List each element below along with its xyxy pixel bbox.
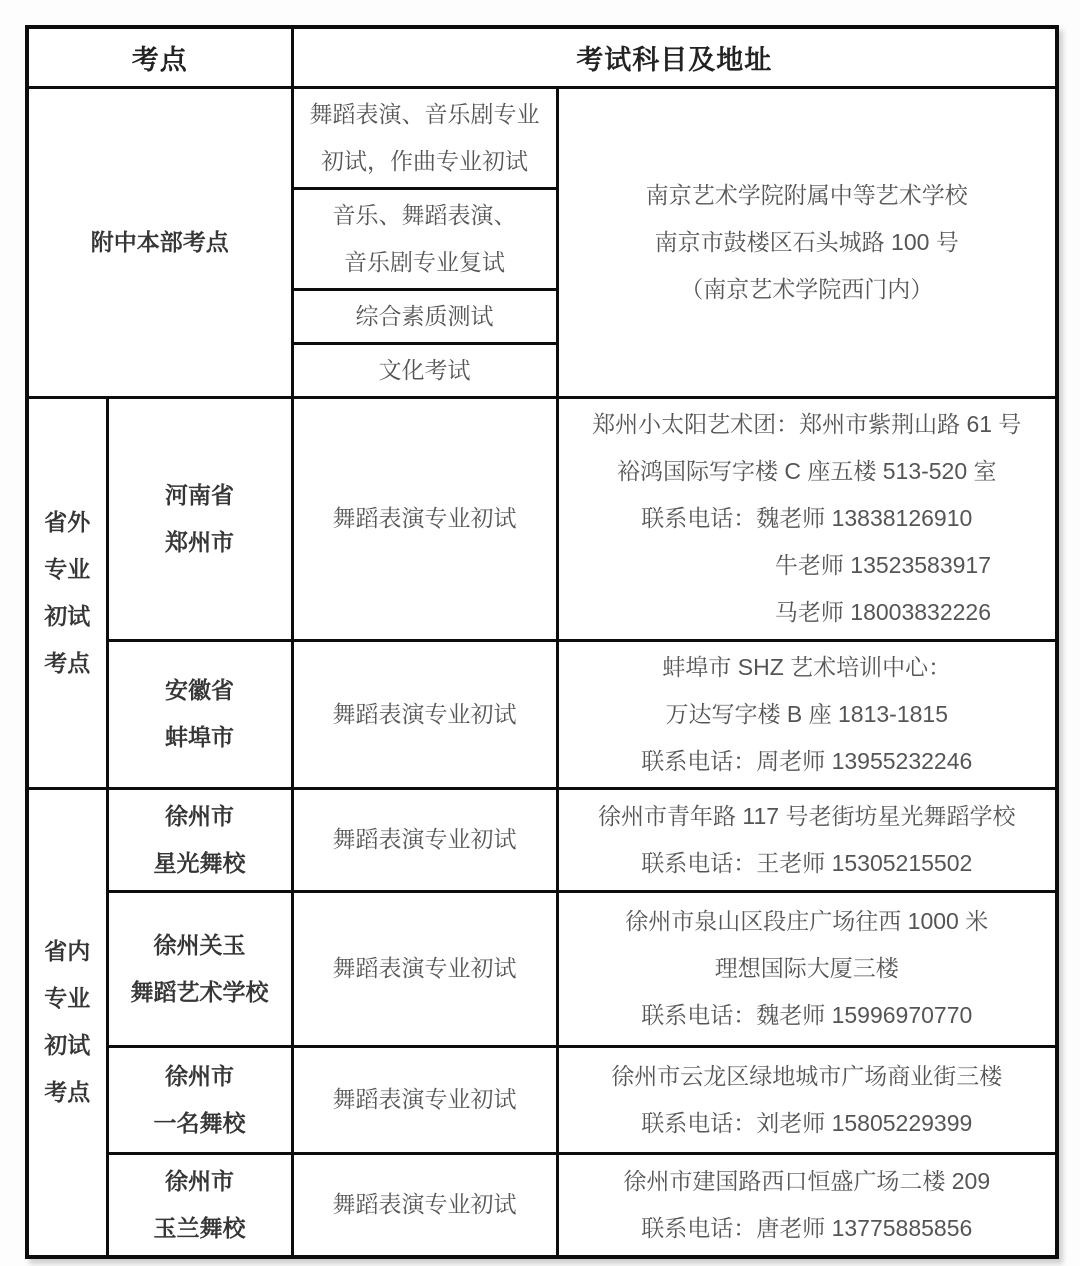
guanyu-address-cell: 徐州市泉山区段庄广场往西 1000 米 理想国际大厦三楼 联系电话：魏老师 15… (557, 891, 1057, 1046)
address-line: 徐州市云龙区绿地城市广场商业街三楼 (565, 1053, 1050, 1100)
xingguang-venue-cell: 徐州市 星光舞校 (107, 788, 292, 891)
subject-line: 舞蹈表演、音乐剧专业 (300, 91, 550, 138)
table-row: 省外 专业 初试 考点 河南省 郑州市 舞蹈表演专业初试 郑州小太阳艺术团：郑州… (27, 397, 1057, 640)
venue-line: 徐州市 (115, 1158, 285, 1205)
header-subject-address: 考试科目及地址 (292, 27, 1057, 87)
hq-subject-cell-3: 综合素质测试 (292, 289, 557, 343)
group-label-line: 省外 (35, 499, 100, 546)
address-line: 理想国际大厦三楼 (565, 945, 1050, 992)
subject-line: 文化考试 (300, 347, 550, 394)
header-row: 考点 考试科目及地址 (27, 27, 1057, 87)
subject-line: 音乐、舞蹈表演、 (300, 192, 550, 239)
bengbu-venue-cell: 安徽省 蚌埠市 (107, 640, 292, 788)
hq-venue-cell: 附中本部考点 (27, 87, 292, 397)
hq-subject-cell-4: 文化考试 (292, 343, 557, 397)
yulan-venue-cell: 徐州市 玉兰舞校 (107, 1153, 292, 1257)
address-line: （南京艺术学院西门内） (565, 266, 1050, 313)
yiming-venue-cell: 徐州市 一名舞校 (107, 1046, 292, 1153)
address-line: 联系电话：刘老师 15805229399 (565, 1100, 1050, 1147)
address-line: 徐州市泉山区段庄广场往西 1000 米 (565, 898, 1050, 945)
xingguang-subject-cell: 舞蹈表演专业初试 (292, 788, 557, 891)
bengbu-subject-cell: 舞蹈表演专业初试 (292, 640, 557, 788)
subject-line: 综合素质测试 (300, 293, 550, 340)
subject-line: 舞蹈表演专业初试 (300, 691, 550, 738)
table-row: 徐州市 一名舞校 舞蹈表演专业初试 徐州市云龙区绿地城市广场商业街三楼 联系电话… (27, 1046, 1057, 1153)
venue-line: 安徽省 (115, 667, 285, 714)
venue-line: 郑州市 (115, 519, 285, 566)
venue-line: 星光舞校 (115, 840, 285, 887)
yulan-subject-cell: 舞蹈表演专业初试 (292, 1153, 557, 1257)
bengbu-address-cell: 蚌埠市 SHZ 艺术培训中心： 万达写字楼 B 座 1813-1815 联系电话… (557, 640, 1057, 788)
subject-line: 舞蹈表演专业初试 (300, 816, 550, 863)
hq-subject-cell-1: 舞蹈表演、音乐剧专业 初试，作曲专业初试 (292, 87, 557, 188)
yulan-address-cell: 徐州市建国路西口恒盛广场二楼 209 联系电话：唐老师 13775885856 (557, 1153, 1057, 1257)
in-province-group-cell: 省内 专业 初试 考点 (27, 788, 107, 1257)
table-row: 徐州市 玉兰舞校 舞蹈表演专业初试 徐州市建国路西口恒盛广场二楼 209 联系电… (27, 1153, 1057, 1257)
address-line: 郑州小太阳艺术团：郑州市紫荆山路 61 号 (565, 401, 1050, 448)
group-label-line: 省内 (35, 928, 100, 975)
zhengzhou-subject-cell: 舞蹈表演专业初试 (292, 397, 557, 640)
address-line: 联系电话：魏老师 15996970770 (565, 992, 1050, 1039)
header-venue: 考点 (27, 27, 292, 87)
subject-line: 舞蹈表演专业初试 (300, 1181, 550, 1228)
subject-line: 舞蹈表演专业初试 (300, 945, 550, 992)
table-row: 省内 专业 初试 考点 徐州市 星光舞校 舞蹈表演专业初试 徐州市青年路 117… (27, 788, 1057, 891)
venue-line: 玉兰舞校 (115, 1205, 285, 1252)
venue-label: 附中本部考点 (35, 219, 285, 266)
venue-line: 舞蹈艺术学校 (115, 969, 285, 1016)
yiming-address-cell: 徐州市云龙区绿地城市广场商业街三楼 联系电话：刘老师 15805229399 (557, 1046, 1057, 1153)
venue-line: 蚌埠市 (115, 714, 285, 761)
venue-line: 一名舞校 (115, 1100, 285, 1147)
group-label-line: 考点 (35, 640, 100, 687)
venue-line: 河南省 (115, 472, 285, 519)
group-label-line: 考点 (35, 1069, 100, 1116)
address-line: 联系电话：王老师 15305215502 (565, 840, 1050, 887)
address-line: 联系电话：唐老师 13775885856 (565, 1205, 1050, 1252)
subject-line: 舞蹈表演专业初试 (300, 1076, 550, 1123)
table-row: 安徽省 蚌埠市 舞蹈表演专业初试 蚌埠市 SHZ 艺术培训中心： 万达写字楼 B… (27, 640, 1057, 788)
subject-line: 舞蹈表演专业初试 (300, 495, 550, 542)
address-line: 牛老师 13523583917 (565, 542, 1050, 589)
address-line: 南京市鼓楼区石头城路 100 号 (565, 219, 1050, 266)
table-row: 徐州关玉 舞蹈艺术学校 舞蹈表演专业初试 徐州市泉山区段庄广场往西 1000 米… (27, 891, 1057, 1046)
exam-locations-table: 考点 考试科目及地址 附中本部考点 舞蹈表演、音乐剧专业 初试，作曲专业初试 南… (25, 25, 1059, 1259)
venue-line: 徐州市 (115, 1053, 285, 1100)
guanyu-venue-cell: 徐州关玉 舞蹈艺术学校 (107, 891, 292, 1046)
group-label-line: 初试 (35, 593, 100, 640)
yiming-subject-cell: 舞蹈表演专业初试 (292, 1046, 557, 1153)
address-line: 联系电话：魏老师 13838126910 (565, 495, 1050, 542)
address-line: 马老师 18003832226 (565, 589, 1050, 636)
group-label-line: 专业 (35, 546, 100, 593)
page-background: 考点 考试科目及地址 附中本部考点 舞蹈表演、音乐剧专业 初试，作曲专业初试 南… (0, 0, 1080, 1266)
group-label-line: 专业 (35, 975, 100, 1022)
table-row: 附中本部考点 舞蹈表演、音乐剧专业 初试，作曲专业初试 南京艺术学院附属中等艺术… (27, 87, 1057, 188)
address-line: 裕鸿国际写字楼 C 座五楼 513-520 室 (565, 448, 1050, 495)
subject-line: 初试，作曲专业初试 (300, 138, 550, 185)
xingguang-address-cell: 徐州市青年路 117 号老街坊星光舞蹈学校 联系电话：王老师 153052155… (557, 788, 1057, 891)
zhengzhou-venue-cell: 河南省 郑州市 (107, 397, 292, 640)
group-label-line: 初试 (35, 1022, 100, 1069)
hq-subject-cell-2: 音乐、舞蹈表演、 音乐剧专业复试 (292, 188, 557, 289)
venue-line: 徐州市 (115, 793, 285, 840)
subject-line: 音乐剧专业复试 (300, 239, 550, 286)
hq-address-cell: 南京艺术学院附属中等艺术学校 南京市鼓楼区石头城路 100 号 （南京艺术学院西… (557, 87, 1057, 397)
address-line: 蚌埠市 SHZ 艺术培训中心： (565, 644, 1050, 691)
address-line: 万达写字楼 B 座 1813-1815 (565, 691, 1050, 738)
out-of-province-group-cell: 省外 专业 初试 考点 (27, 397, 107, 788)
address-line: 徐州市青年路 117 号老街坊星光舞蹈学校 (565, 793, 1050, 840)
address-line: 联系电话：周老师 13955232246 (565, 738, 1050, 785)
guanyu-subject-cell: 舞蹈表演专业初试 (292, 891, 557, 1046)
address-line: 徐州市建国路西口恒盛广场二楼 209 (565, 1158, 1050, 1205)
zhengzhou-address-cell: 郑州小太阳艺术团：郑州市紫荆山路 61 号 裕鸿国际写字楼 C 座五楼 513-… (557, 397, 1057, 640)
address-line: 南京艺术学院附属中等艺术学校 (565, 172, 1050, 219)
venue-line: 徐州关玉 (115, 922, 285, 969)
